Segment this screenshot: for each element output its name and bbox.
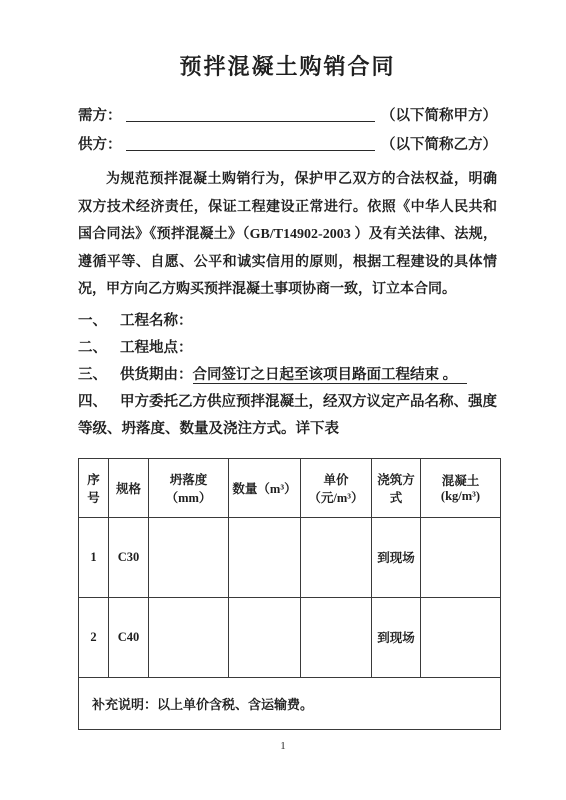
cell-unit-price[interactable] xyxy=(301,597,372,677)
table-row: 1 C30 到现场 xyxy=(79,517,501,597)
col-header-seq: 序号 xyxy=(79,458,109,517)
cell-seq: 2 xyxy=(79,597,109,677)
buyer-label: 需方： xyxy=(78,104,122,125)
supplier-suffix: （以下简称乙方） xyxy=(381,133,497,154)
clause-list: 一、工程名称： 二、工程地点： 三、供货期由：合同签订之日起至该项目路面工程结束… xyxy=(78,308,497,443)
supplier-label: 供方： xyxy=(78,133,122,154)
supplier-blank-field[interactable] xyxy=(126,137,376,151)
supply-period-value: 合同签订之日起至该项目路面工程结束 。 xyxy=(193,367,468,384)
buyer-line: 需方： （以下简称甲方） xyxy=(78,101,497,125)
page-title: 预拌混凝土购销合同 xyxy=(78,50,497,81)
col-header-concrete: 混凝土(kg/m³) xyxy=(421,458,501,517)
clause-supply-period: 三、供货期由：合同签订之日起至该项目路面工程结束 。 xyxy=(78,362,497,389)
clause-supply-spec: 四、甲方委托乙方供应预拌混凝土，经双方议定产品名称、强度等级、坍落度、数量及浇注… xyxy=(78,389,497,443)
clause-label: 工程名称： xyxy=(120,313,193,329)
contract-page: 预拌混凝土购销合同 需方： （以下简称甲方） 供方： （以下简称乙方） 为规范预… xyxy=(0,0,566,800)
cell-pour-method: 到现场 xyxy=(372,517,421,597)
cell-spec: C30 xyxy=(109,517,149,597)
clause-number: 三、 xyxy=(78,362,120,389)
cell-slump[interactable] xyxy=(149,517,229,597)
cell-quantity[interactable] xyxy=(229,597,301,677)
cell-spec: C40 xyxy=(109,597,149,677)
clause-label: 工程地点： xyxy=(120,340,193,356)
table-note-row: 补充说明：以上单价含税、含运输费。 xyxy=(79,677,501,729)
concrete-spec-table: 序号 规格 坍落度（mm） 数量（m³） 单价（元/m³） 浇筑方式 混凝土(k… xyxy=(78,458,501,730)
col-header-quantity: 数量（m³） xyxy=(229,458,301,517)
buyer-suffix: （以下简称甲方） xyxy=(381,104,497,125)
clause-number: 四、 xyxy=(78,389,120,416)
cell-concrete[interactable] xyxy=(421,517,501,597)
clause-label: 供货期由： xyxy=(120,367,193,383)
buyer-blank-field[interactable] xyxy=(126,108,376,122)
preamble-paragraph: 为规范预拌混凝土购销行为，保护甲乙双方的合法权益，明确双方技术经济责任，保证工程… xyxy=(78,166,497,304)
col-header-pour-method: 浇筑方式 xyxy=(372,458,421,517)
table-row: 2 C40 到现场 xyxy=(79,597,501,677)
cell-concrete[interactable] xyxy=(421,597,501,677)
col-header-unit-price: 单价（元/m³） xyxy=(301,458,372,517)
cell-quantity[interactable] xyxy=(229,517,301,597)
clause-label: 甲方委托乙方供应预拌混凝土，经双方议定产品名称、强度等级、坍落度、数量及浇注方式… xyxy=(78,394,497,437)
clause-project-name: 一、工程名称： xyxy=(78,308,497,335)
cell-slump[interactable] xyxy=(149,597,229,677)
clause-number: 一、 xyxy=(78,308,120,335)
col-header-slump: 坍落度（mm） xyxy=(149,458,229,517)
cell-pour-method: 到现场 xyxy=(372,597,421,677)
clause-project-location: 二、工程地点： xyxy=(78,335,497,362)
cell-unit-price[interactable] xyxy=(301,517,372,597)
supplement-note: 补充说明：以上单价含税、含运输费。 xyxy=(79,677,501,729)
col-header-spec: 规格 xyxy=(109,458,149,517)
cell-seq: 1 xyxy=(79,517,109,597)
clause-number: 二、 xyxy=(78,335,120,362)
supplier-line: 供方： （以下简称乙方） xyxy=(78,130,497,154)
table-header-row: 序号 规格 坍落度（mm） 数量（m³） 单价（元/m³） 浇筑方式 混凝土(k… xyxy=(79,458,501,517)
page-number: 1 xyxy=(0,740,566,752)
